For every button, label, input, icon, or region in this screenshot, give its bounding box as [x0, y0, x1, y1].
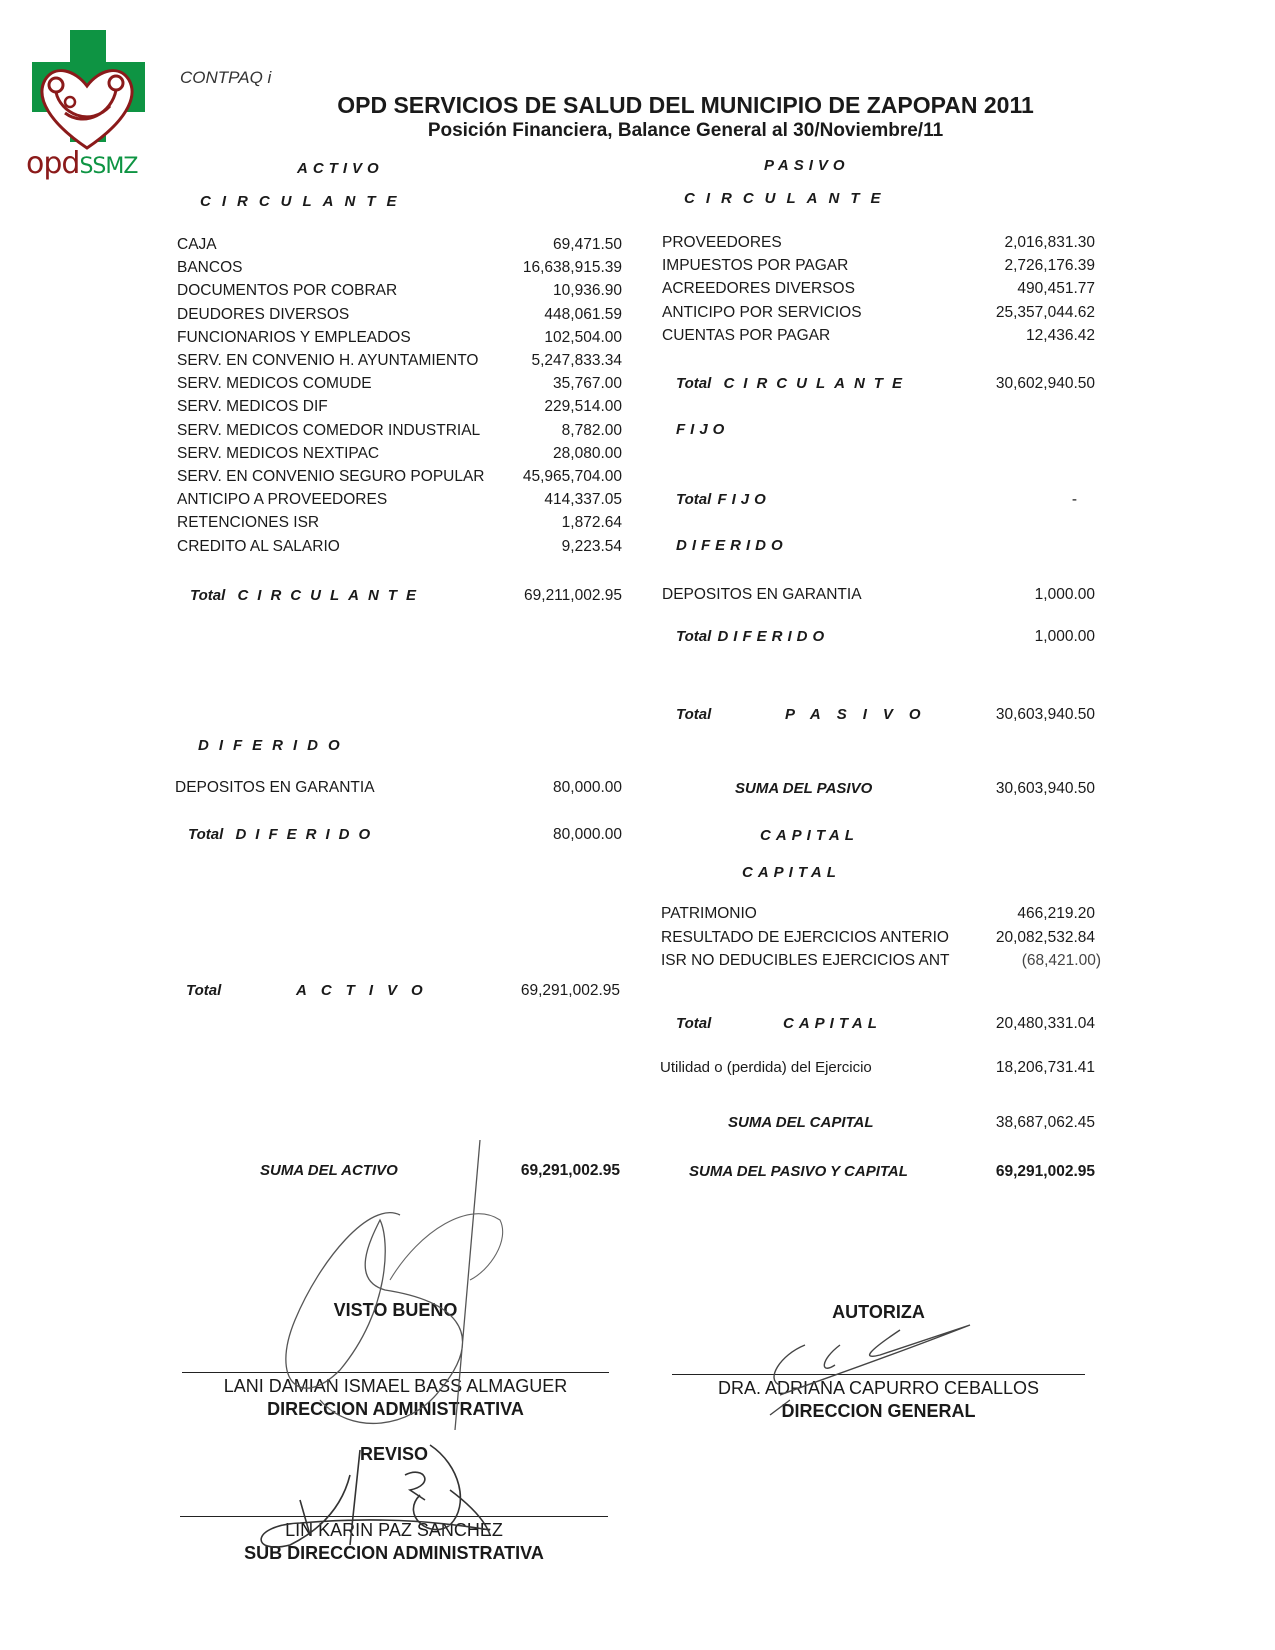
activo-item-label: SERV. MEDICOS COMEDOR INDUSTRIAL [177, 422, 480, 440]
activo-item-label: RETENCIONES ISR [177, 514, 319, 532]
total-circulante-word: CIRCULANTE [723, 375, 911, 392]
pasivo-item-value: 12,436.42 [1026, 327, 1095, 345]
pasivo-item-value: 2,726,176.39 [1004, 257, 1095, 275]
pasivo-item-label: PROVEEDORES [662, 234, 782, 252]
pasivo-item-value: 2,016,831.30 [1004, 234, 1095, 252]
capital-item-label: ISR NO DEDUCIBLES EJERCICIOS ANT [661, 952, 950, 970]
total-prefix: Total [676, 491, 711, 508]
suma-capital-value: 38,687,062.45 [996, 1114, 1095, 1132]
activo-circulante-heading: CIRCULANTE [200, 193, 408, 210]
pasivo-total-fijo-label: Total FIJO [676, 491, 771, 508]
total-prefix: Total [676, 628, 711, 645]
activo-item-value: 16,638,915.39 [523, 259, 622, 277]
activo-total-circulante-label: Total CIRCULANTE [190, 587, 425, 604]
activo-item-label: DOCUMENTOS POR COBRAR [177, 282, 397, 300]
total-prefix: Total [676, 375, 711, 392]
capital-item-value: 466,219.20 [1017, 905, 1095, 923]
pasivo-diferido-item-value: 1,000.00 [1035, 586, 1095, 604]
activo-item-value: 229,514.00 [544, 398, 622, 416]
report-title: OPD SERVICIOS DE SALUD DEL MUNICIPIO DE … [0, 92, 1275, 119]
capital-item-label: PATRIMONIO [661, 905, 757, 923]
logo-text-ssmz: SSMZ [79, 154, 137, 179]
capital-item-value: (68,421.00) [1022, 952, 1101, 970]
pasivo-total-fijo-value: - [1072, 491, 1077, 509]
capital-subheading: CAPITAL [742, 864, 841, 881]
capital-heading: CAPITAL [760, 827, 859, 844]
activo-item-value: 102,504.00 [544, 329, 622, 347]
activo-diferido-item-value: 80,000.00 [553, 779, 622, 797]
suma-pasivo-capital-label: SUMA DEL PASIVO Y CAPITAL [689, 1163, 908, 1180]
activo-item-value: 1,872.64 [562, 514, 622, 532]
pasivo-heading: PASIVO [764, 157, 850, 174]
pasivo-fijo-heading: FIJO [676, 421, 729, 438]
activo-item-label: FUNCIONARIOS Y EMPLEADOS [177, 329, 411, 347]
capital-total-label: CAPITAL [783, 1015, 882, 1032]
total-prefix: Total [190, 587, 225, 604]
activo-total-prefix: Total [186, 982, 221, 999]
activo-total-diferido-value: 80,000.00 [553, 826, 622, 844]
pasivo-item-label: IMPUESTOS POR PAGAR [662, 257, 848, 275]
activo-item-label: DEUDORES DIVERSOS [177, 306, 349, 324]
pasivo-total-diferido-label: Total DIFERIDO [676, 628, 829, 645]
total-diferido-word: DIFERIDO [235, 826, 379, 843]
software-name: CONTPAQ i [180, 68, 271, 88]
pasivo-diferido-heading: DIFERIDO [676, 537, 788, 554]
logo-text-opd: opd [26, 146, 79, 181]
suma-pasivo-label: SUMA DEL PASIVO [735, 780, 872, 797]
activo-total-value: 69,291,002.95 [521, 982, 620, 1000]
report-subtitle: Posición Financiera, Balance General al … [0, 120, 1275, 142]
pasivo-item-label: ANTICIPO POR SERVICIOS [662, 304, 862, 322]
activo-item-value: 35,767.00 [553, 375, 622, 393]
activo-item-value: 45,965,704.00 [523, 468, 622, 486]
activo-item-label: BANCOS [177, 259, 242, 277]
activo-item-label: SERV. MEDICOS DIF [177, 398, 328, 416]
pasivo-total-prefix: Total [676, 706, 711, 723]
pasivo-item-label: CUENTAS POR PAGAR [662, 327, 830, 345]
activo-item-value: 9,223.54 [562, 538, 622, 556]
total-circulante-word: CIRCULANTE [237, 587, 425, 604]
suma-pasivo-value: 30,603,940.50 [996, 780, 1095, 798]
pasivo-total-value: 30,603,940.50 [996, 706, 1095, 724]
pasivo-total-circulante-label: Total CIRCULANTE [676, 375, 911, 392]
suma-pasivo-capital-value: 69,291,002.95 [996, 1163, 1095, 1181]
activo-item-value: 448,061.59 [544, 306, 622, 324]
capital-item-value: 20,082,532.84 [996, 929, 1095, 947]
activo-item-label: CREDITO AL SALARIO [177, 538, 340, 556]
pasivo-item-value: 490,451.77 [1017, 280, 1095, 298]
activo-heading: ACTIVO [297, 160, 384, 177]
pasivo-diferido-item-label: DEPOSITOS EN GARANTIA [662, 586, 862, 604]
total-fijo-word: FIJO [717, 491, 770, 508]
autoriza-signature-icon [760, 1320, 1000, 1420]
pasivo-item-value: 25,357,044.62 [996, 304, 1095, 322]
visto-bueno-signature-icon [250, 1140, 550, 1440]
total-diferido-word: DIFERIDO [717, 628, 829, 645]
capital-total-prefix: Total [676, 1015, 711, 1032]
capital-total-value: 20,480,331.04 [996, 1015, 1095, 1033]
activo-item-value: 10,936.90 [553, 282, 622, 300]
activo-item-label: SERV. MEDICOS COMUDE [177, 375, 372, 393]
activo-item-label: SERV. EN CONVENIO H. AYUNTAMIENTO [177, 352, 478, 370]
activo-total-label: ACTIVO [296, 982, 437, 999]
activo-item-value: 69,471.50 [553, 236, 622, 254]
pasivo-total-diferido-value: 1,000.00 [1035, 628, 1095, 646]
activo-total-diferido-label: Total DIFERIDO [188, 826, 379, 843]
capital-item-label: RESULTADO DE EJERCICIOS ANTERIO [661, 929, 949, 947]
utilidad-value: 18,206,731.41 [996, 1059, 1095, 1077]
activo-item-label: SERV. MEDICOS NEXTIPAC [177, 445, 379, 463]
activo-item-value: 8,782.00 [562, 422, 622, 440]
pasivo-circulante-heading: CIRCULANTE [684, 190, 892, 207]
pasivo-total-circulante-value: 30,602,940.50 [996, 375, 1095, 393]
suma-capital-label: SUMA DEL CAPITAL [728, 1114, 874, 1131]
activo-item-value: 414,337.05 [544, 491, 622, 509]
activo-item-value: 5,247,833.34 [531, 352, 622, 370]
activo-item-value: 28,080.00 [553, 445, 622, 463]
pasivo-item-label: ACREEDORES DIVERSOS [662, 280, 855, 298]
activo-item-label: ANTICIPO A PROVEEDORES [177, 491, 387, 509]
activo-diferido-item-label: DEPOSITOS EN GARANTIA [175, 779, 375, 797]
activo-item-label: CAJA [177, 236, 217, 254]
activo-diferido-heading: DIFERIDO [198, 737, 350, 754]
total-prefix: Total [188, 826, 223, 843]
activo-item-label: SERV. EN CONVENIO SEGURO POPULAR [177, 468, 485, 486]
pasivo-total-label: PASIVO [785, 706, 937, 723]
activo-total-circulante-value: 69,211,002.95 [524, 587, 622, 605]
reviso-signature-icon [250, 1445, 510, 1555]
utilidad-label: Utilidad o (perdida) del Ejercicio [660, 1059, 872, 1076]
